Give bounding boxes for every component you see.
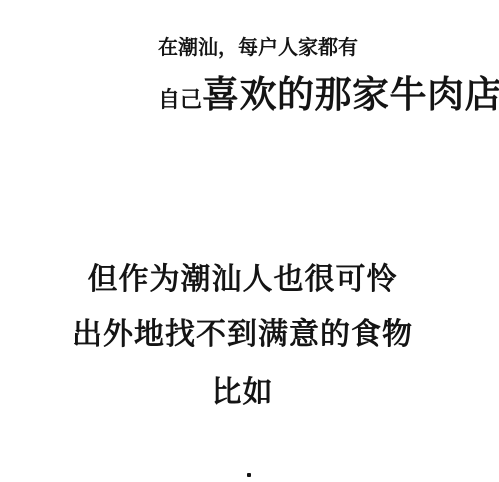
header-title-line: 自己 喜欢的那家牛肉店 bbox=[158, 64, 499, 118]
header-title-prefix: 自己 bbox=[158, 83, 202, 114]
header-title-main: 喜欢的那家牛肉店 bbox=[202, 64, 499, 118]
body-line-2: 出外地找不到满意的食物 bbox=[0, 309, 485, 353]
header-block: 在潮汕，每户人家都有 自己 喜欢的那家牛肉店 bbox=[158, 36, 499, 118]
body-line-3: 比如 bbox=[0, 367, 485, 411]
body-line-1: 但作为潮汕人也很可怜 bbox=[0, 254, 485, 298]
small-dot-icon bbox=[247, 473, 251, 477]
slide-page: 在潮汕，每户人家都有 自己 喜欢的那家牛肉店 但作为潮汕人也很可怜 出外地找不到… bbox=[0, 0, 499, 482]
header-caption: 在潮汕，每户人家都有 bbox=[158, 36, 499, 60]
